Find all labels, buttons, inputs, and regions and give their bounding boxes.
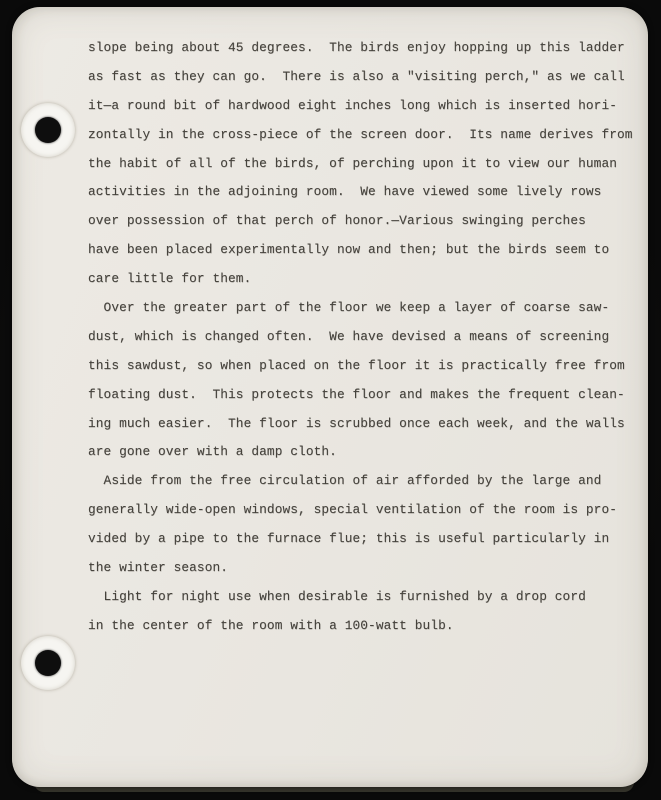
text-line: the winter season.: [88, 554, 636, 583]
text-line: as fast as they can go. There is also a …: [88, 63, 636, 92]
text-line: slope being about 45 degrees. The birds …: [88, 34, 636, 63]
text-line: in the center of the room with a 100-wat…: [88, 612, 636, 641]
text-line: floating dust. This protects the floor a…: [88, 381, 636, 410]
scan-background: slope being about 45 degrees. The birds …: [0, 0, 661, 800]
hole-punch-top: [21, 103, 75, 157]
text-line: zontally in the cross-piece of the scree…: [88, 121, 636, 150]
text-line: are gone over with a damp cloth.: [88, 438, 636, 467]
text-line: Aside from the free circulation of air a…: [88, 467, 636, 496]
text-line: have been placed experimentally now and …: [88, 236, 636, 265]
text-line: vided by a pipe to the furnace flue; thi…: [88, 525, 636, 554]
text-line: ing much easier. The floor is scrubbed o…: [88, 410, 636, 439]
text-line: activities in the adjoining room. We hav…: [88, 178, 636, 207]
hole-punch-bottom: [21, 636, 75, 690]
text-line: dust, which is changed often. We have de…: [88, 323, 636, 352]
typewritten-text-block: slope being about 45 degrees. The birds …: [88, 34, 636, 641]
text-line: this sawdust, so when placed on the floo…: [88, 352, 636, 381]
punched-hole-icon: [35, 117, 61, 143]
text-line: it—a round bit of hardwood eight inches …: [88, 92, 636, 121]
text-line: care little for them.: [88, 265, 636, 294]
text-line: the habit of all of the birds, of perchi…: [88, 150, 636, 179]
punched-hole-icon: [35, 650, 61, 676]
text-line: Light for night use when desirable is fu…: [88, 583, 636, 612]
text-line: generally wide-open windows, special ven…: [88, 496, 636, 525]
paper-sheet: slope being about 45 degrees. The birds …: [12, 7, 648, 787]
text-line: Over the greater part of the floor we ke…: [88, 294, 636, 323]
text-line: over possession of that perch of honor.—…: [88, 207, 636, 236]
